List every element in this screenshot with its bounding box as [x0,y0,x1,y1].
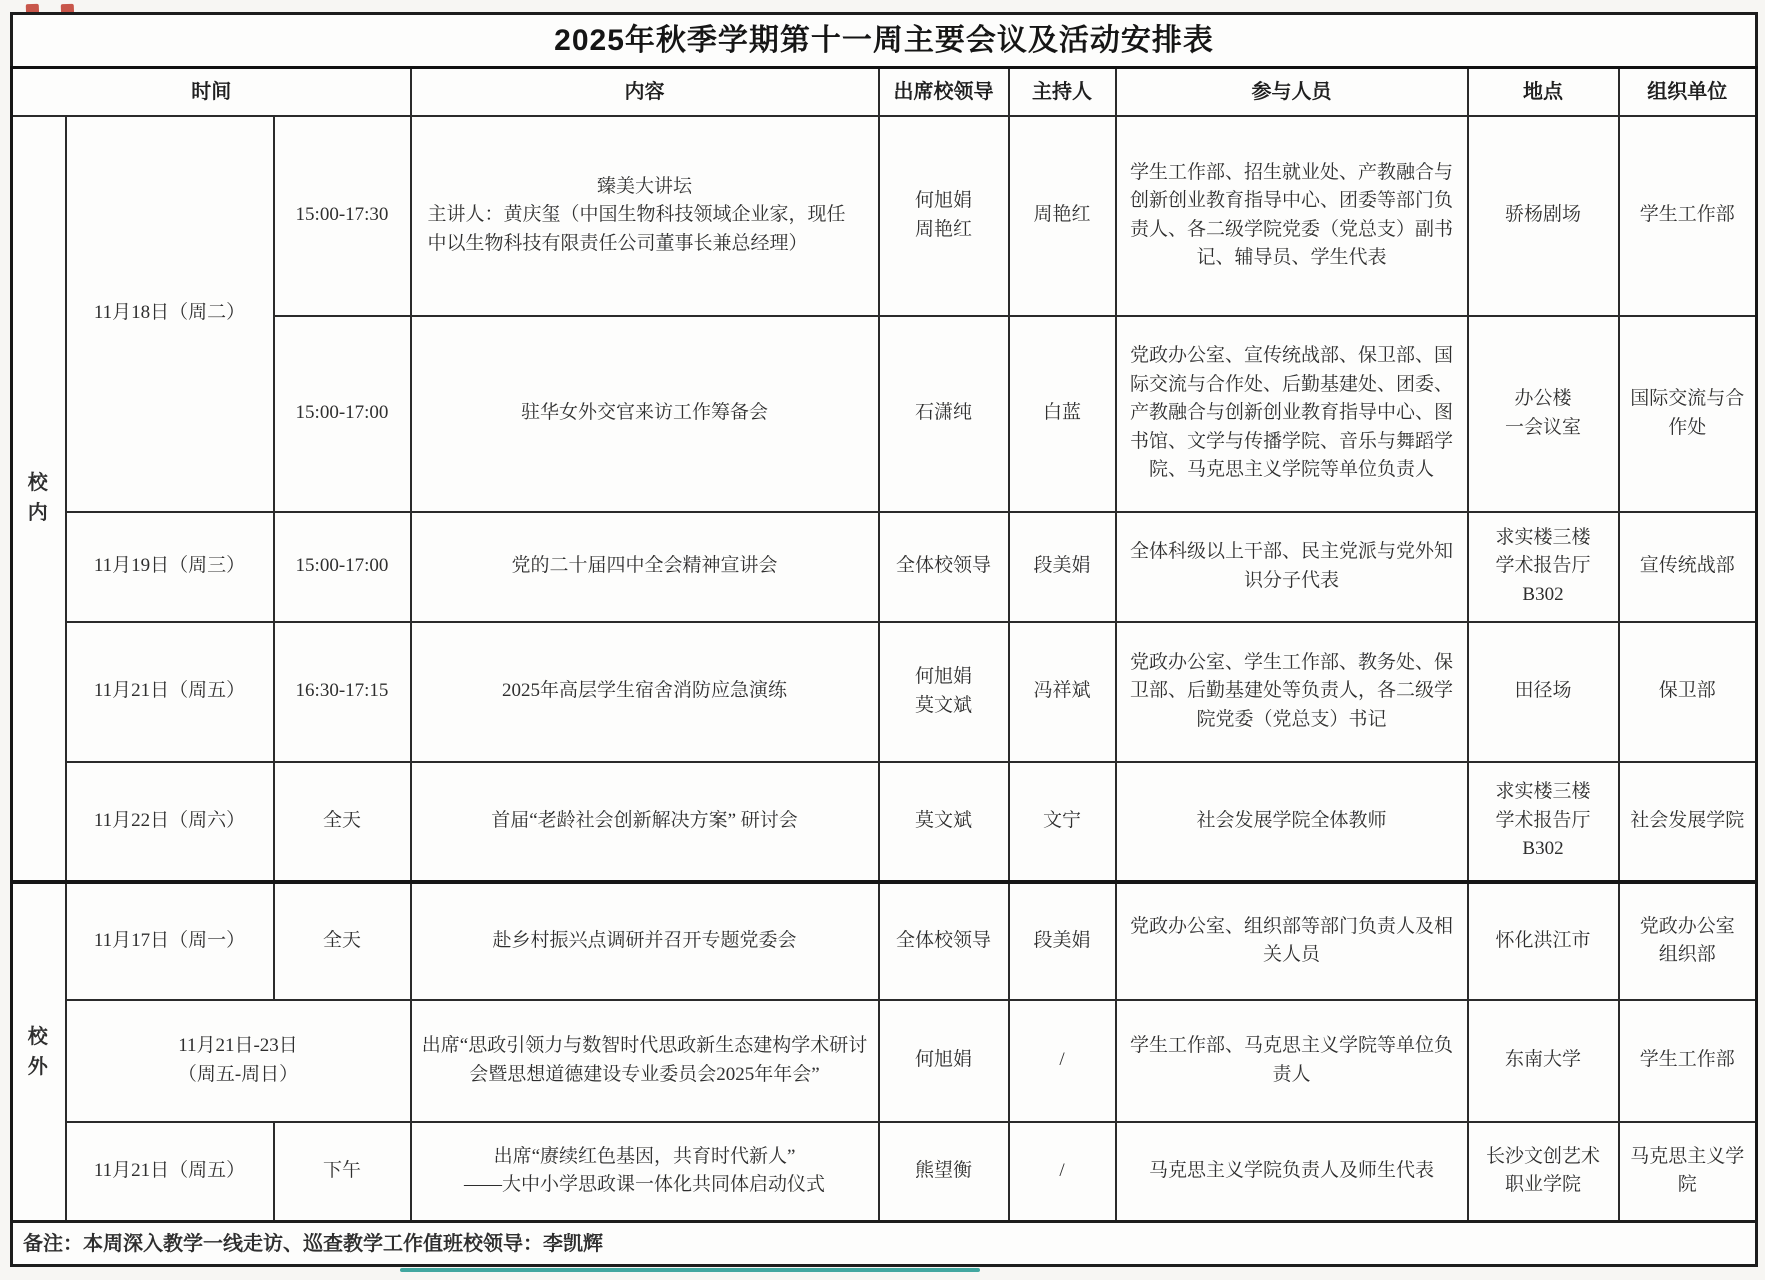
column-header-organizer: 组织单位 [1619,68,1757,116]
table-row: 11月21日（周五） 下午 出席“赓续红色基因，共育时代新人” ——大中小学思政… [12,1122,1757,1222]
content-cell: 首届“老龄社会创新解决方案” 研讨会 [411,762,879,882]
host-cell: 段美娟 [1009,512,1116,622]
participants-cell: 党政办公室、学生工作部、教务处、保卫部、后勤基建处等负责人，各二级学院党委（党总… [1116,622,1468,762]
table-row: 11月21日（周五） 16:30-17:15 2025年高层学生宿舍消防应急演练… [12,622,1757,762]
organizer-cell: 保卫部 [1619,622,1757,762]
location-cell: 骄杨剧场 [1468,116,1619,316]
table-row: 11月22日（周六） 全天 首届“老龄社会创新解决方案” 研讨会 莫文斌 文宁 … [12,762,1757,882]
leaders-cell: 何旭娟 [879,1000,1009,1122]
table-row: 15:00-17:00 驻华女外交官来访工作筹备会 石潇纯 白蓝 党政办公室、宣… [12,316,1757,512]
host-cell: 白蓝 [1009,316,1116,512]
column-header-host: 主持人 [1009,68,1116,116]
column-header-leaders: 出席校领导 [879,68,1009,116]
time-cell: 15:00-17:30 [274,116,411,316]
location-cell: 办公楼 一会议室 [1468,316,1619,512]
organizer-cell: 社会发展学院 [1619,762,1757,882]
table-row: 校外 11月17日（周一） 全天 赴乡村振兴点调研并召开专题党委会 全体校领导 … [12,882,1757,1000]
participants-cell: 马克思主义学院负责人及师生代表 [1116,1122,1468,1222]
location-cell: 长沙文创艺术 职业学院 [1468,1122,1619,1222]
location-cell: 田径场 [1468,622,1619,762]
time-cell: 下午 [274,1122,411,1222]
leaders-cell: 莫文斌 [879,762,1009,882]
participants-cell: 社会发展学院全体教师 [1116,762,1468,882]
date-cell: 11月21日（周五） [66,1122,274,1222]
column-header-content: 内容 [411,68,879,116]
time-cell: 全天 [274,882,411,1000]
event-title: 臻美大讲坛 [418,173,872,202]
section-label-on-campus: 校内 [12,116,66,882]
table-row: 11月21日-23日 （周五-周日） 出席“思政引领力与数智时代思政新生态建构学… [12,1000,1757,1122]
remark-text: 备注：本周深入教学一线走访、巡查教学工作值班校领导：李凯辉 [12,1222,1757,1266]
organizer-cell: 学生工作部 [1619,116,1757,316]
content-cell: 臻美大讲坛 主讲人：黄庆玺（中国生物科技领域企业家，现任中以生物科技有限责任公司… [411,116,879,316]
location-cell: 怀化洪江市 [1468,882,1619,1000]
host-cell: 冯祥斌 [1009,622,1116,762]
host-cell: 文宁 [1009,762,1116,882]
time-cell: 16:30-17:15 [274,622,411,762]
date-cell: 11月21日（周五） [66,622,274,762]
column-header-time: 时间 [12,68,411,116]
time-cell: 全天 [274,762,411,882]
time-cell: 15:00-17:00 [274,512,411,622]
organizer-cell: 宣传统战部 [1619,512,1757,622]
bottom-teal-line [400,1268,980,1272]
participants-cell: 全体科级以上干部、民主党派与党外知识分子代表 [1116,512,1468,622]
time-cell: 15:00-17:00 [274,316,411,512]
participants-cell: 党政办公室、组织部等部门负责人及相关人员 [1116,882,1468,1000]
table-row: 校内 11月18日（周二） 15:00-17:30 臻美大讲坛 主讲人：黄庆玺（… [12,116,1757,316]
column-header-location: 地点 [1468,68,1619,116]
organizer-cell: 党政办公室 组织部 [1619,882,1757,1000]
content-cell: 2025年高层学生宿舍消防应急演练 [411,622,879,762]
remark-row: 备注：本周深入教学一线走访、巡查教学工作值班校领导：李凯辉 [12,1222,1757,1266]
host-cell: 周艳红 [1009,116,1116,316]
content-cell: 驻华女外交官来访工作筹备会 [411,316,879,512]
location-cell: 求实楼三楼 学术报告厅 B302 [1468,512,1619,622]
date-cell: 11月21日-23日 （周五-周日） [66,1000,411,1122]
organizer-cell: 学生工作部 [1619,1000,1757,1122]
content-cell: 出席“思政引领力与数智时代思政新生态建构学术研讨会暨思想道德建设专业委员会202… [411,1000,879,1122]
content-cell: 出席“赓续红色基因，共育时代新人” ——大中小学思政课一体化共同体启动仪式 [411,1122,879,1222]
date-cell: 11月22日（周六） [66,762,274,882]
schedule-table: 2025年秋季学期第十一周主要会议及活动安排表 时间 内容 出席校领导 主持人 … [10,12,1758,1267]
leaders-cell: 熊望衡 [879,1122,1009,1222]
table-row: 11月19日（周三） 15:00-17:00 党的二十届四中全会精神宣讲会 全体… [12,512,1757,622]
participants-cell: 学生工作部、招生就业处、产教融合与创新创业教育指导中心、团委等部门负责人、各二级… [1116,116,1468,316]
event-description: 主讲人：黄庆玺（中国生物科技领域企业家，现任中以生物科技有限责任公司董事长兼总经… [418,201,872,258]
leaders-cell: 全体校领导 [879,882,1009,1000]
date-cell: 11月18日（周二） [66,116,274,512]
host-cell: / [1009,1000,1116,1122]
participants-cell: 学生工作部、马克思主义学院等单位负责人 [1116,1000,1468,1122]
column-header-participants: 参与人员 [1116,68,1468,116]
organizer-cell: 马克思主义学院 [1619,1122,1757,1222]
location-cell: 求实楼三楼 学术报告厅 B302 [1468,762,1619,882]
leaders-cell: 何旭娟 莫文斌 [879,622,1009,762]
leaders-cell: 全体校领导 [879,512,1009,622]
host-cell: 段美娟 [1009,882,1116,1000]
section-label-off-campus: 校外 [12,882,66,1222]
participants-cell: 党政办公室、宣传统战部、保卫部、国际交流与合作处、后勤基建处、团委、产教融合与创… [1116,316,1468,512]
schedule-sheet: 2025年秋季学期第十一周主要会议及活动安排表 时间 内容 出席校领导 主持人 … [10,12,1755,1267]
date-cell: 11月19日（周三） [66,512,274,622]
leaders-cell: 石潇纯 [879,316,1009,512]
content-cell: 党的二十届四中全会精神宣讲会 [411,512,879,622]
page-title: 2025年秋季学期第十一周主要会议及活动安排表 [12,14,1757,68]
date-cell: 11月17日（周一） [66,882,274,1000]
leaders-cell: 何旭娟 周艳红 [879,116,1009,316]
host-cell: / [1009,1122,1116,1222]
location-cell: 东南大学 [1468,1000,1619,1122]
organizer-cell: 国际交流与合作处 [1619,316,1757,512]
content-cell: 赴乡村振兴点调研并召开专题党委会 [411,882,879,1000]
